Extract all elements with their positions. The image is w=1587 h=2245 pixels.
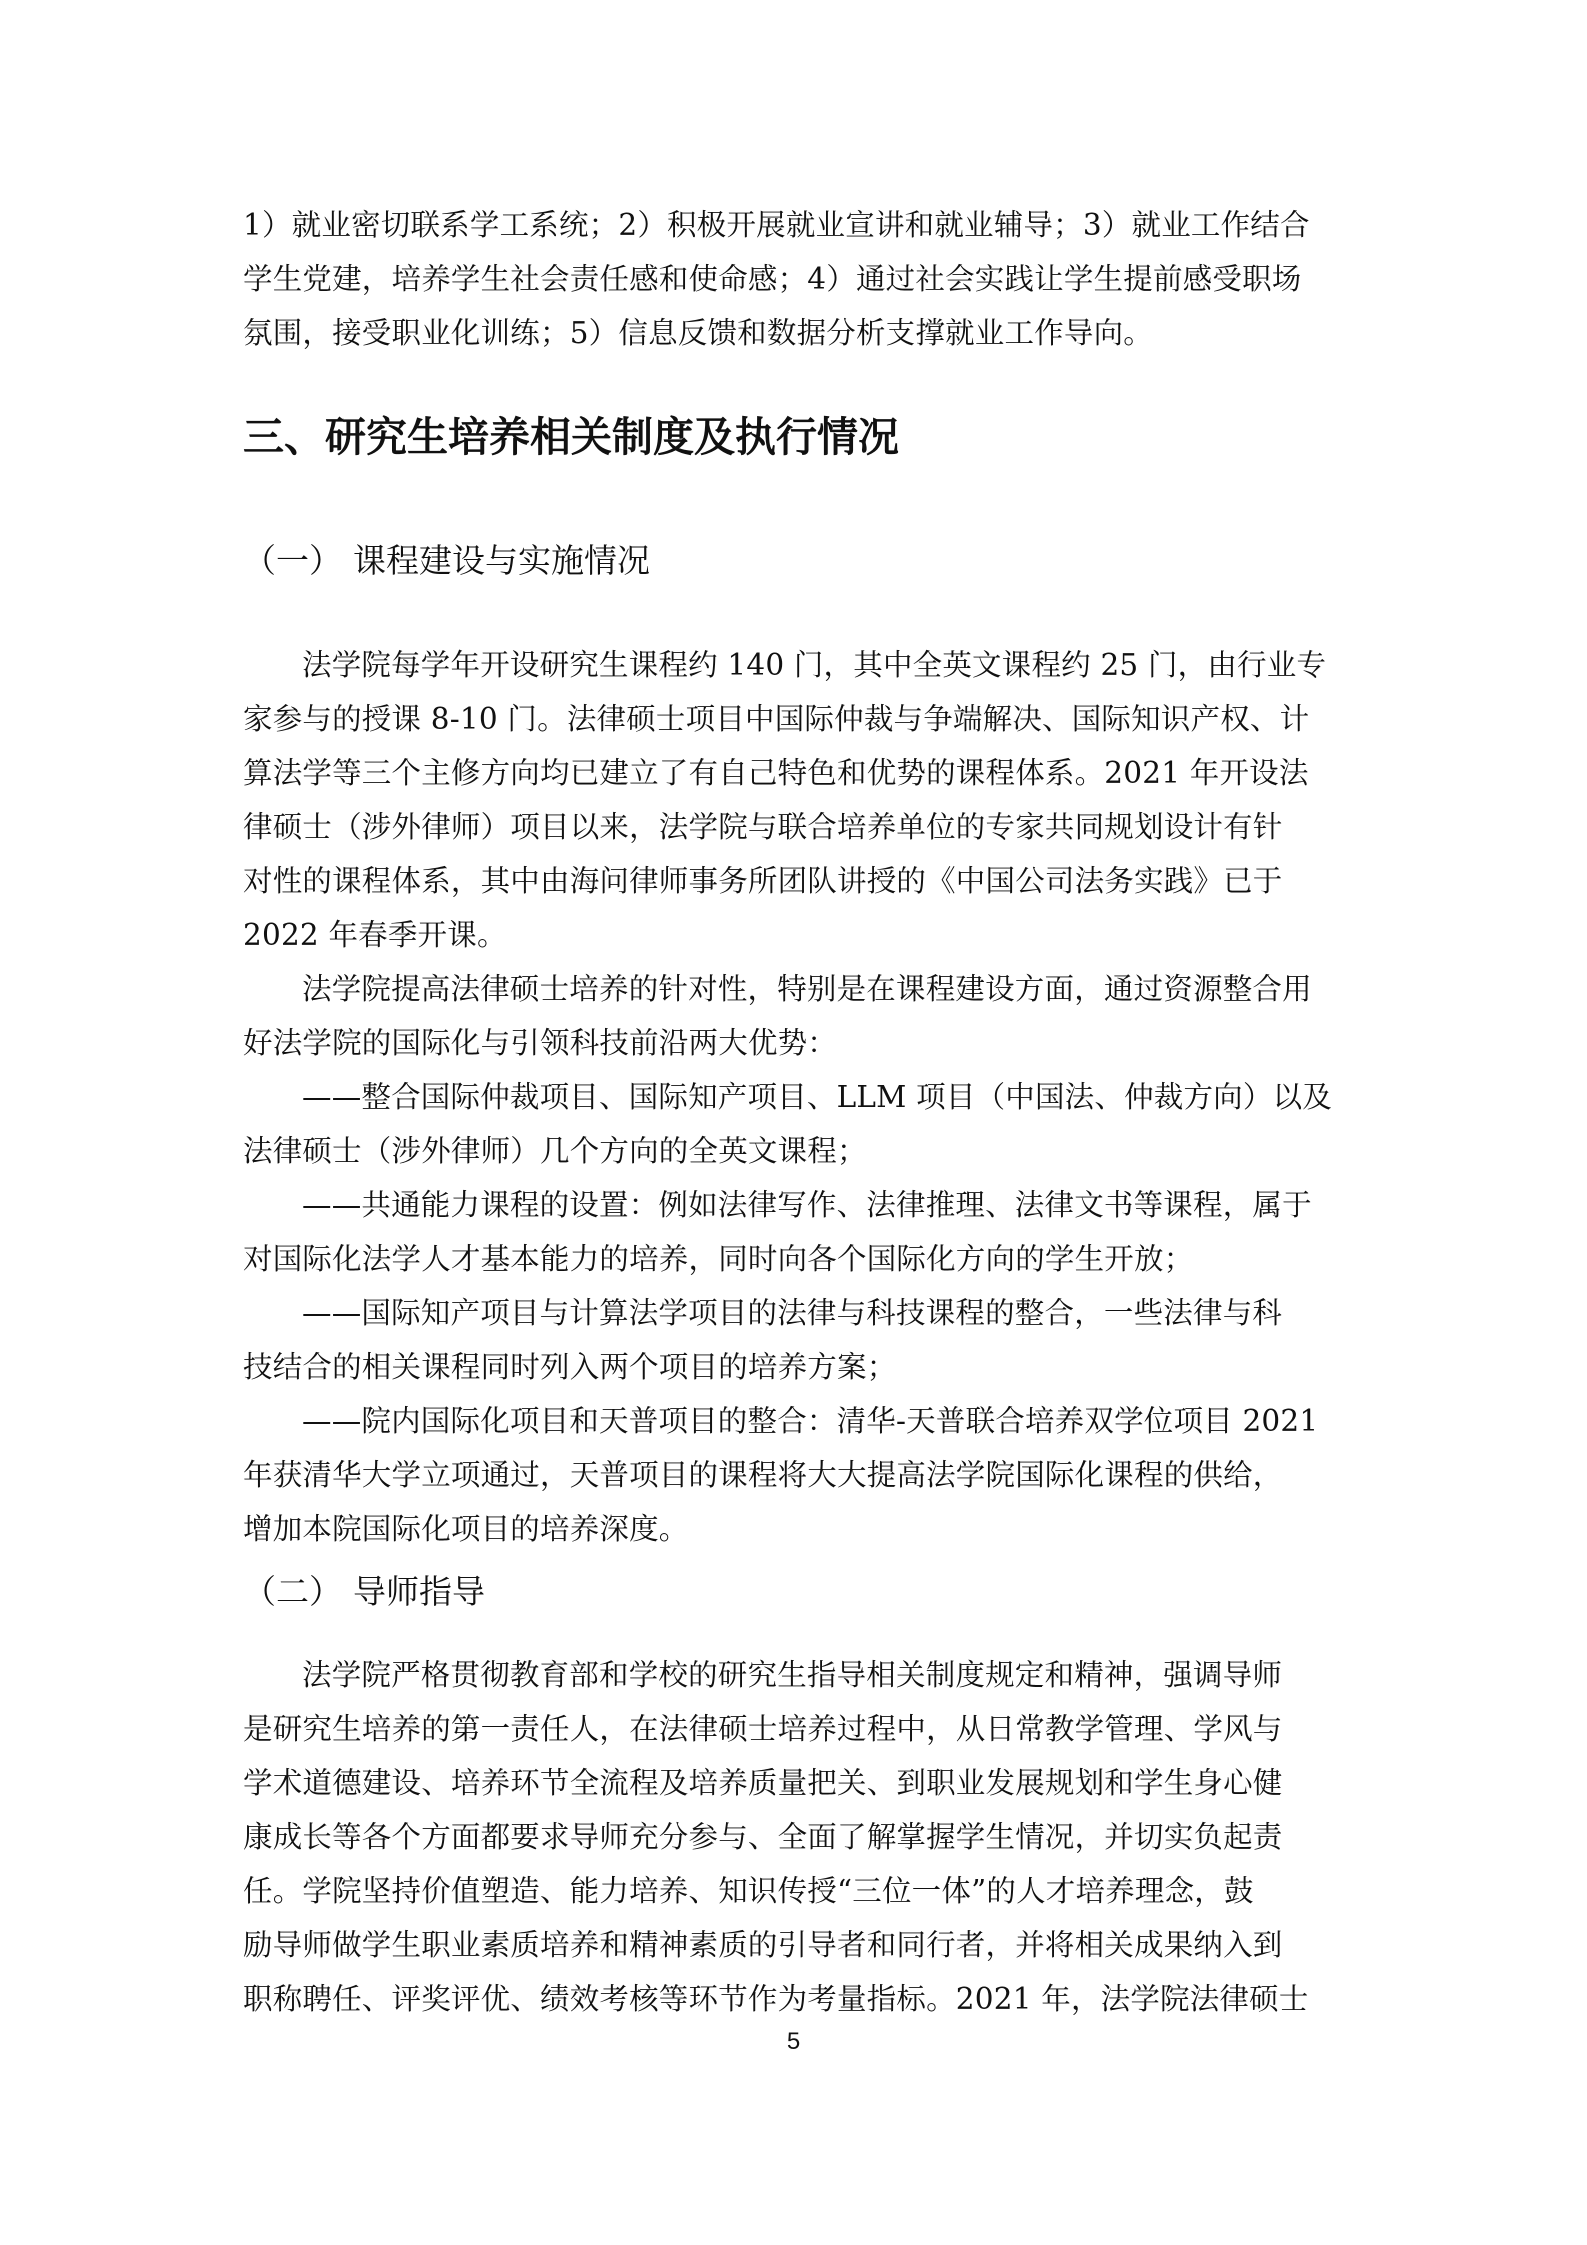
s2-p1-line-3: 学术道德建设、培养环节全流程及培养质量把关、到职业发展规划和学生身心健: [243, 1763, 1283, 1803]
s2-p1-line-4: 康成长等各个方面都要求导师充分参与、全面了解掌握学生情况，并切实负起责: [243, 1817, 1283, 1857]
s1-bullet-3-line-2: 技结合的相关课程同时列入两个项目的培养方案；: [243, 1347, 896, 1387]
s1-p2-line-2: 好法学院的国际化与引领科技前沿两大优势：: [243, 1023, 837, 1063]
s1-bullet-4-line-3: 增加本院国际化项目的培养深度。: [243, 1509, 689, 1549]
s1-p1-line-4: 律硕士（涉外律师）项目以来，法学院与联合培养单位的专家共同规划设计有针: [243, 807, 1283, 847]
s1-bullet-2-line-1: ——共通能力课程的设置：例如法律写作、法律推理、法律文书等课程，属于: [243, 1185, 1312, 1225]
s1-bullet-2-line-2: 对国际化法学人才基本能力的培养，同时向各个国际化方向的学生开放；: [243, 1239, 1193, 1279]
intro-line-2: 学生党建，培养学生社会责任感和使命感；4）通过社会实践让学生提前感受职场: [243, 259, 1301, 299]
subsection-2-number: （二）: [243, 1570, 353, 1614]
s1-p1-line-1: 法学院每学年开设研究生课程约 140 门，其中全英文课程约 25 门，由行业专: [243, 645, 1326, 685]
intro-line-1: 1）就业密切联系学工系统；2）积极开展就业宣讲和就业辅导；3）就业工作结合: [243, 205, 1310, 245]
page-number: 5: [0, 2028, 1587, 2056]
s2-p1-line-7: 职称聘任、评奖评优、绩效考核等环节作为考量指标。2021 年，法学院法律硕士: [243, 1979, 1309, 2019]
intro-line-3: 氛围，接受职业化训练；5）信息反馈和数据分析支撑就业工作导向。: [243, 313, 1153, 353]
subsection-1-title: 课程建设与实施情况: [353, 541, 650, 580]
section-heading: 三、研究生培养相关制度及执行情况: [243, 412, 899, 462]
s1-bullet-4-line-1: ——院内国际化项目和天普项目的整合：清华-天普联合培养双学位项目 2021: [243, 1401, 1318, 1441]
s2-p1-line-6: 励导师做学生职业素质培养和精神素质的引导者和同行者，并将相关成果纳入到: [243, 1925, 1283, 1965]
s1-p1-line-6: 2022 年春季开课。: [243, 915, 507, 955]
s1-p2-line-1: 法学院提高法律硕士培养的针对性，特别是在课程建设方面，通过资源整合用: [243, 969, 1312, 1009]
s1-p1-line-2: 家参与的授课 8-10 门。法律硕士项目中国际仲裁与争端解决、国际知识产权、计: [243, 699, 1309, 739]
s2-p1-line-5: 任。学院坚持价值塑造、能力培养、知识传授“三位一体”的人才培养理念，鼓: [243, 1871, 1254, 1911]
s1-bullet-1-line-2: 法律硕士（涉外律师）几个方向的全英文课程；: [243, 1131, 867, 1171]
s1-bullet-1-line-1: ——整合国际仲裁项目、国际知产项目、LLM 项目（中国法、仲裁方向）以及: [243, 1077, 1332, 1117]
s1-p1-line-5: 对性的课程体系，其中由海问律师事务所团队讲授的《中国公司法务实践》已于: [243, 861, 1283, 901]
subsection-2-title: 导师指导: [353, 1572, 485, 1611]
s1-bullet-4-line-2: 年获清华大学立项通过，天普项目的课程将大大提高法学院国际化课程的供给，: [243, 1455, 1283, 1495]
s1-bullet-3-line-1: ——国际知产项目与计算法学项目的法律与科技课程的整合，一些法律与科: [243, 1293, 1282, 1333]
s1-p1-line-3: 算法学等三个主修方向均已建立了有自己特色和优势的课程体系。2021 年开设法: [243, 753, 1309, 793]
s2-p1-line-2: 是研究生培养的第一责任人，在法律硕士培养过程中，从日常教学管理、学风与: [243, 1709, 1283, 1749]
subsection-1-number: （一）: [243, 539, 353, 583]
subsection-2-heading: （二）导师指导: [243, 1570, 485, 1614]
subsection-1-heading: （一）课程建设与实施情况: [243, 539, 650, 583]
s2-p1-line-1: 法学院严格贯彻教育部和学校的研究生指导相关制度规定和精神，强调导师: [243, 1655, 1282, 1695]
